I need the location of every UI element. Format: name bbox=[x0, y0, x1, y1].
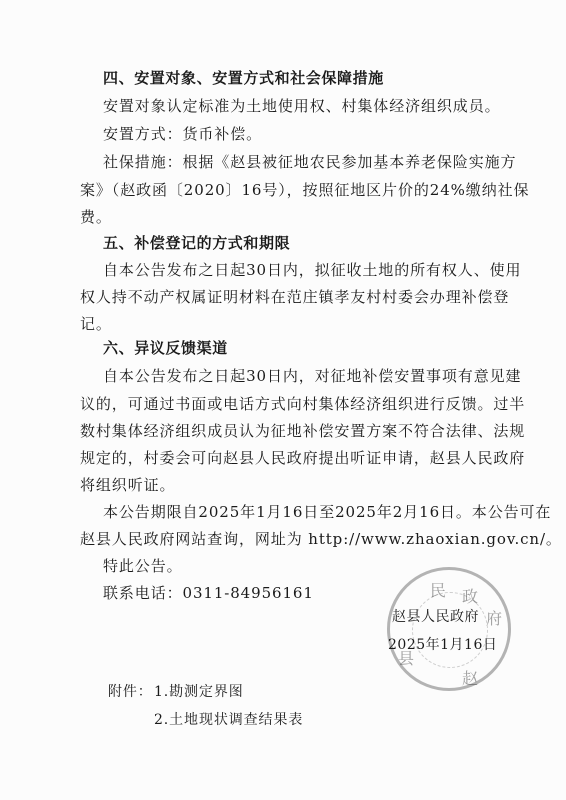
section-6-paragraph: 规定的，村委会可向赵县人民政府提出听证申请，赵县人民政府 bbox=[80, 448, 525, 468]
section-6-paragraph: 数村集体经济组织成员认为征地补偿安置方案不符合法律、法规 bbox=[80, 421, 525, 441]
issue-date: 2025年1月16日 bbox=[388, 636, 497, 654]
section-5-heading: 五、补偿登记的方式和期限 bbox=[103, 233, 290, 253]
attachment-item: 2.土地现状调查结果表 bbox=[154, 710, 303, 730]
section-4-paragraph: 案》（赵政函〔2020〕16号），按照征地区片价的24%缴纳社保 bbox=[80, 180, 529, 200]
seal-char: 赵 bbox=[462, 666, 478, 689]
section-6-paragraph: 自本公告发布之日起30日内，对征地补偿安置事项有意见建 bbox=[103, 366, 521, 386]
notice-period: 赵县人民政府网站查询，网址为 http://www.zhaoxian.gov.c… bbox=[80, 529, 562, 549]
section-6-heading: 六、异议反馈渠道 bbox=[103, 338, 228, 358]
document-page: 四、安置对象、安置方式和社会保障措施 安置对象认定标准为土地使用权、村集体经济组… bbox=[0, 0, 566, 800]
attachment-item: 1.勘测定界图 bbox=[154, 682, 244, 702]
section-5-paragraph: 权人持不动产权属证明材料在范庄镇孝友村村委会办理补偿登 bbox=[80, 287, 509, 307]
section-4-paragraph: 安置方式：货币补偿。 bbox=[103, 124, 262, 144]
official-seal: 民 政 府 县 赵 bbox=[387, 567, 511, 691]
seal-char: 府 bbox=[486, 606, 502, 629]
section-4-paragraph: 社保措施：根据《赵县被征地农民参加基本养老保险实施方 bbox=[103, 152, 516, 172]
section-5-paragraph: 自本公告发布之日起30日内，拟征收土地的所有权人、使用 bbox=[103, 260, 521, 280]
seal-char: 民 bbox=[430, 578, 446, 601]
section-5-paragraph: 记。 bbox=[80, 314, 112, 334]
contact-phone: 联系电话：0311-84956161 bbox=[103, 583, 314, 603]
seal-char: 政 bbox=[462, 584, 478, 607]
section-6-paragraph: 将组织听证。 bbox=[80, 475, 175, 495]
section-4-paragraph: 安置对象认定标准为土地使用权、村集体经济组织成员。 bbox=[103, 96, 501, 116]
section-6-paragraph: 议的，可通过书面或电话方式向村集体经济组织进行反馈。过半 bbox=[80, 394, 525, 414]
attachments-label: 附件： bbox=[108, 682, 153, 702]
notice-period: 本公告期限自2025年1月16日至2025年2月16日。本公告可在 bbox=[103, 502, 551, 522]
section-4-paragraph: 费。 bbox=[80, 207, 112, 227]
closing-notice: 特此公告。 bbox=[103, 556, 183, 576]
issuer-name: 赵县人民政府 bbox=[392, 608, 479, 626]
section-4-heading: 四、安置对象、安置方式和社会保障措施 bbox=[103, 68, 384, 88]
